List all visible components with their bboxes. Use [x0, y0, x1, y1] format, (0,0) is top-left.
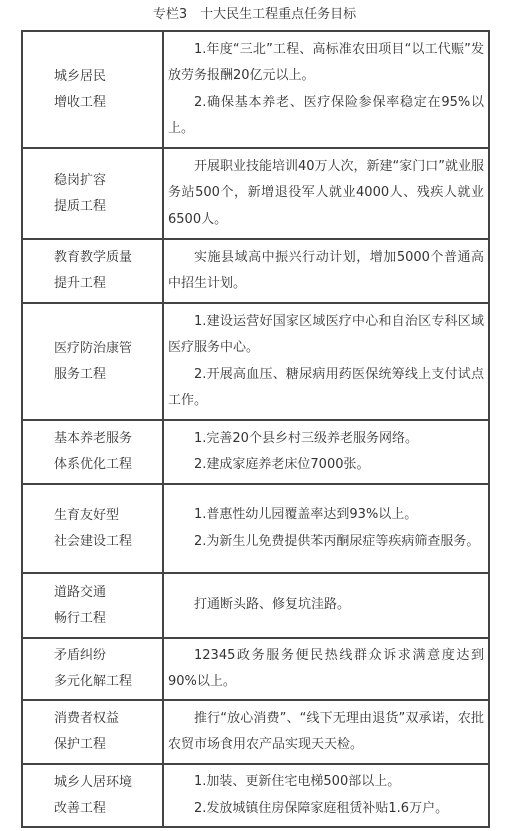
project-name-cell: 城乡居民 增收工程	[22, 31, 163, 148]
project-goals-cell: 推行“放心消费”、“线下无理由退货”双承诺，农批农贸市场食用农产品实现天天检。	[163, 700, 489, 764]
project-name-cell: 生育友好型 社会建设工程	[22, 484, 163, 573]
goal-item: 1.加装、更新住宅电梯500部以上。	[168, 769, 484, 796]
goal-item: 实施县域高中振兴行动计划，增加5000个普通高中招生计划。	[168, 245, 484, 298]
goal-item: 1.完善20个县乡村三级养老服务网络。	[168, 426, 484, 453]
project-name-line: 改善工程	[54, 796, 162, 822]
project-goals-cell: 实施县域高中振兴行动计划，增加5000个普通高中招生计划。	[163, 239, 489, 303]
project-name-line: 增收工程	[54, 90, 162, 116]
table-row: 道路交通 畅行工程 打通断头路、修复坑洼路。	[22, 573, 489, 638]
project-name-cell: 基本养老服务 体系优化工程	[22, 420, 163, 484]
table-row: 稳岗扩容 提质工程 开展职业技能培训40万人次，新建“家门口”就业服务站500个…	[22, 148, 489, 239]
project-name-line: 医疗防治康管	[54, 336, 162, 362]
project-name-line: 多元化解工程	[54, 669, 162, 695]
project-name-line: 畅行工程	[54, 606, 162, 632]
table-row: 医疗防治康管 服务工程 1.建设运营好国家区域医疗中心和自治区专科区域医疗服务中…	[22, 303, 489, 420]
project-name-line: 社会建设工程	[54, 529, 162, 555]
goal-item: 打通断头路、修复坑洼路。	[168, 592, 484, 619]
project-name-line: 提升工程	[54, 271, 162, 297]
key-tasks-table: 城乡居民 增收工程 1.年度“三北”工程、高标准农田项目“以工代赈”发放劳务报酬…	[21, 30, 490, 828]
table-row: 城乡人居环境 改善工程 1.加装、更新住宅电梯500部以上。 2.发放城镇住房保…	[22, 764, 489, 827]
project-name-line: 基本养老服务	[54, 426, 162, 452]
project-goals-cell: 12345政务服务便民热线群众诉求满意度达到90%以上。	[163, 638, 489, 700]
project-name-line: 教育教学质量	[54, 245, 162, 271]
project-name-line: 提质工程	[54, 194, 162, 220]
project-goals-cell: 开展职业技能培训40万人次，新建“家门口”就业服务站500个，新增退役军人就业4…	[163, 148, 489, 239]
project-name-line: 城乡人居环境	[54, 770, 162, 796]
project-name-cell: 稳岗扩容 提质工程	[22, 148, 163, 239]
table-caption: 专栏3 十大民生工程重点任务目标	[0, 5, 509, 25]
goal-item: 1.建设运营好国家区域医疗中心和自治区专科区域医疗服务中心。	[168, 309, 484, 362]
goal-item: 1.年度“三北”工程、高标准农田项目“以工代赈”发放劳务报酬20亿元以上。	[168, 37, 484, 90]
table-row: 基本养老服务 体系优化工程 1.完善20个县乡村三级养老服务网络。 2.建成家庭…	[22, 420, 489, 484]
project-name-line: 生育友好型	[54, 503, 162, 529]
goal-item: 推行“放心消费”、“线下无理由退货”双承诺，农批农贸市场食用农产品实现天天检。	[168, 706, 484, 759]
project-name-cell: 城乡人居环境 改善工程	[22, 764, 163, 827]
project-goals-cell: 1.年度“三北”工程、高标准农田项目“以工代赈”发放劳务报酬20亿元以上。 2.…	[163, 31, 489, 148]
goal-item: 1.普惠性幼儿园覆盖率达到93%以上。	[168, 502, 484, 529]
goal-item: 12345政务服务便民热线群众诉求满意度达到90%以上。	[168, 643, 484, 696]
project-name-cell: 消费者权益 保护工程	[22, 700, 163, 764]
project-name-cell: 矛盾纠纷 多元化解工程	[22, 638, 163, 700]
goal-item: 开展职业技能培训40万人次，新建“家门口”就业服务站500个，新增退役军人就业4…	[168, 154, 484, 234]
project-goals-cell: 1.完善20个县乡村三级养老服务网络。 2.建成家庭养老床位7000张。	[163, 420, 489, 484]
project-name-line: 稳岗扩容	[54, 168, 162, 194]
goal-item: 2.发放城镇住房保障家庭租赁补贴1.6万户。	[168, 796, 484, 823]
project-name-line: 道路交通	[54, 580, 162, 606]
goal-item: 2.建成家庭养老床位7000张。	[168, 452, 484, 479]
table-row: 矛盾纠纷 多元化解工程 12345政务服务便民热线群众诉求满意度达到90%以上。	[22, 638, 489, 700]
goal-item: 2.为新生儿免费提供苯丙酮尿症等疾病筛查服务。	[168, 529, 484, 556]
project-name-cell: 道路交通 畅行工程	[22, 573, 163, 638]
project-goals-cell: 1.普惠性幼儿园覆盖率达到93%以上。 2.为新生儿免费提供苯丙酮尿症等疾病筛查…	[163, 484, 489, 573]
project-goals-cell: 打通断头路、修复坑洼路。	[163, 573, 489, 638]
table-row: 生育友好型 社会建设工程 1.普惠性幼儿园覆盖率达到93%以上。 2.为新生儿免…	[22, 484, 489, 573]
project-name-line: 体系优化工程	[54, 452, 162, 478]
project-name-cell: 教育教学质量 提升工程	[22, 239, 163, 303]
project-goals-cell: 1.建设运营好国家区域医疗中心和自治区专科区域医疗服务中心。 2.开展高血压、糖…	[163, 303, 489, 420]
table-row: 城乡居民 增收工程 1.年度“三北”工程、高标准农田项目“以工代赈”发放劳务报酬…	[22, 31, 489, 148]
goal-item: 2.确保基本养老、医疗保险参保率稳定在95%以上。	[168, 90, 484, 143]
project-name-line: 保护工程	[54, 732, 162, 758]
project-goals-cell: 1.加装、更新住宅电梯500部以上。 2.发放城镇住房保障家庭租赁补贴1.6万户…	[163, 764, 489, 827]
goal-item: 2.开展高血压、糖尿病用药医保统筹线上支付试点工作。	[168, 362, 484, 415]
project-name-line: 城乡居民	[54, 64, 162, 90]
project-name-line: 服务工程	[54, 362, 162, 388]
table-row: 消费者权益 保护工程 推行“放心消费”、“线下无理由退货”双承诺，农批农贸市场食…	[22, 700, 489, 764]
project-name-line: 矛盾纠纷	[54, 643, 162, 669]
table-row: 教育教学质量 提升工程 实施县域高中振兴行动计划，增加5000个普通高中招生计划…	[22, 239, 489, 303]
project-name-line: 消费者权益	[54, 706, 162, 732]
project-name-cell: 医疗防治康管 服务工程	[22, 303, 163, 420]
